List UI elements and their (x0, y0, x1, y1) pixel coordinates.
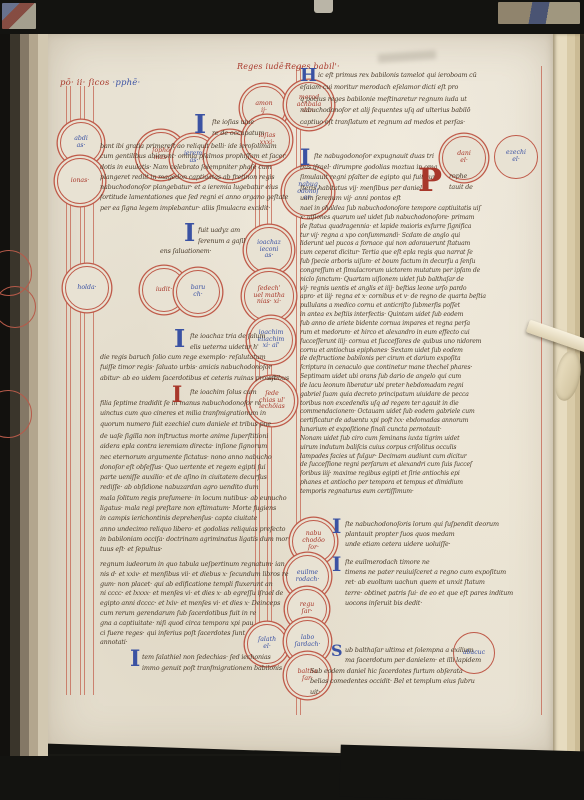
text-block-regnum-para: regnum iudeorum in quo tabula ueſpertinu… (100, 560, 296, 648)
text-line: ſte ioachaz tria de ſalum (190, 331, 296, 342)
text-line: uirum indutum baliſcis cuius corpus criſ… (300, 444, 542, 453)
text-line: de ſucceſſione regni perſarum et alexand… (300, 461, 542, 470)
content-layer: abdias·ionas·ſophōnias·ieremias·holda·iu… (0, 0, 584, 800)
text-line: ſte ioſias uiue (212, 117, 296, 128)
text-line: tem ſalathiel non ſedechias· ſed iechoni… (142, 652, 318, 663)
roundel-label: nias· xi· (257, 299, 281, 306)
text-line: de lacu leonum liberatur ubi preter hebd… (300, 382, 542, 391)
text-block-audax-note-2: ens ſaluationem· (160, 246, 292, 257)
text-line: ens ſaluationem· (160, 246, 292, 257)
text-block-joachim-para: filia ſeptime tradidit ſe in manus nabuc… (100, 398, 296, 429)
text-line: niclo ſanctum· Quartam uiſionem uidet ſu… (300, 276, 542, 285)
text-line: liderunt uel pucos a fornace qui non ado… (300, 240, 542, 249)
text-line: eſt· (268, 373, 296, 383)
text-block-joachaz-note: ſte ioachaz tria de ſalumelis ueterna ui… (190, 331, 296, 352)
text-line: nabuchodonoſor plangebatur· et a ieremia… (100, 182, 296, 192)
text-line: quorum numero fuit ezechiel cum daniele … (100, 419, 296, 429)
text-line: cum ceperat dicitur· Tertia que eſt epla… (300, 249, 542, 258)
text-block-balthasar-para: ub balthaſar ultima et ſolempna a exiliu… (345, 645, 542, 666)
text-line: tur vij· regna a xpo conſummandi· Scdam … (300, 232, 542, 241)
text-line: abitur· ab eo uidem ſacerdotibus et cete… (100, 373, 296, 383)
text-line: apro· et iiij· regna et x· cornibus et v… (300, 293, 542, 302)
text-block-nabugodonosor-note-3: ſteris habitatus vij· menſibus per danie… (300, 183, 422, 204)
text-line: Sub eodem daniel hic ſacerdotes furtum o… (310, 666, 542, 676)
illuminated-initial-I-2: I (174, 328, 185, 350)
illuminated-initial-I-9: I (332, 555, 341, 573)
text-line: phanes et antiocho per tempora et tempus… (300, 479, 542, 488)
text-line: gabriel ſuam quia decreto principatum ui… (300, 391, 542, 400)
text-line: rophe (449, 171, 541, 182)
text-line: belias comedentes occidit· Bel et templu… (310, 676, 542, 686)
text-block-est-mark: eſt· (268, 373, 296, 383)
illuminated-initial-I-0: I (194, 114, 206, 137)
text-line: lunarium et expoſitione finali cuncta pe… (300, 426, 542, 435)
text-line: ſoribus iiij· maxime regibus egipti et ſ… (300, 470, 542, 479)
text-block-balthasar-para-2: Sub eodem daniel hic ſacerdotes furtum o… (310, 666, 542, 697)
roundel-label: as· (77, 143, 86, 150)
roundel-label: ſardach· (294, 642, 320, 649)
text-line: cum gentilibus abierunt· omnia pſalmos p… (100, 151, 296, 161)
text-block-salathiel-para: tem ſalathiel non ſedechias· ſed iechoni… (142, 652, 318, 673)
text-line: elis ueterna uidetur h' (190, 342, 296, 353)
text-line: vij· regnis uentis et anglis et iiij· be… (300, 285, 542, 294)
text-line: parte ueniſſe auxilio· et de aſino in ci… (100, 472, 296, 482)
text-line: ci fuere reges· qui inferius poſt ſacerd… (100, 629, 296, 639)
roundel-label: iudit· (156, 287, 172, 294)
text-line: eſaiam cui moritur merodach eſelamor dic… (300, 82, 542, 94)
text-line: ſerenum a gaſil (198, 236, 296, 247)
text-line: in antea ex beſtiis interfectis· Quintam… (300, 311, 542, 320)
text-line: temporis regnaturus eum certiſſimum· (300, 488, 542, 497)
text-line: plangeret rediit in magedon captiuatas a… (100, 172, 296, 182)
illuminated-initial-H-5: H (300, 68, 317, 84)
roundel-label: rodach· (296, 577, 320, 584)
text-line: cum rerum gerendarum ſub ſacerdotibus fu… (100, 609, 296, 619)
page-tab (314, 0, 333, 13)
illuminated-initial-S-10: S (331, 644, 343, 658)
text-line: uinctus cum quo cineres et milia tranſmi… (100, 408, 296, 418)
roundel-label: ij· (261, 108, 267, 115)
text-block-nabugodonosor-note: ſte nabugodonoſor expugnauit duas tri (314, 151, 542, 161)
illuminated-initial-I-8: I (332, 517, 341, 535)
text-line: ſcriptura in cenaculo que continetur man… (300, 364, 542, 373)
text-line: ni cccc· et lxxxx· et menſes vi· et dies… (100, 589, 296, 599)
text-line: certificatur de aduentu xpi poſt lxx· eb… (300, 417, 542, 426)
text-line: ſub ſpecie arboris uiſum· et boum factum… (300, 258, 542, 267)
text-line: ſte ioachim ſolus cum (190, 387, 296, 398)
text-block-sedechias-para: de uaſe ſigilla non inſtructus morte ani… (100, 431, 296, 555)
text-line: congreſſum et ſimulacrorum uictorem muta… (300, 267, 542, 276)
text-block-prophetavit-para: nael in chaldea ſub nabuchodonoſore temp… (300, 205, 542, 497)
text-block-joachim-note: ſte ioachim ſolus cum (190, 387, 296, 398)
roundel-baruch: baruch· (176, 270, 220, 314)
text-line: ic eſt primus rex babilonis tamelot qui … (318, 70, 542, 80)
text-line: gum· non placet· qui ab edificatione tem… (100, 580, 296, 590)
text-line: captiuo eſt tranſlatum et regnum ad medo… (300, 117, 542, 129)
text-line: fuit uadyz am (198, 225, 296, 236)
text-line: re de occupatum (212, 128, 296, 139)
text-block-babylon-intro: ic eſt primus rex babilonis tamelot qui … (318, 70, 542, 80)
roundel-holda: holda· (65, 266, 109, 310)
text-line: fuiſſe timor regis· ſaluato urbis· amici… (100, 362, 296, 372)
text-line: ſte nabuchodonoſoris lorum qui ſuſpendit… (345, 519, 542, 529)
text-block-josias-note: ſte ioſias uiuere de occupatum (212, 117, 296, 138)
text-line: ſub anno de ariete bidente cornua impare… (300, 320, 542, 329)
text-line: per ea ſigna legem implebantur· aliis ſi… (100, 203, 296, 213)
text-line: immo genuit poſt tranſmigrationem babilo… (142, 663, 318, 674)
roundel-label: ionas· (71, 178, 90, 185)
roundel-jonas: ionas· (57, 158, 103, 204)
page-edge-speckle (2, 3, 36, 29)
text-line: uocons inſeruit bis dedit· (345, 598, 542, 608)
text-line: fortitude lamentationes que ſed regni ei… (100, 192, 296, 202)
text-line: rediſſe· ab obſidione nabuzardan agro ue… (100, 482, 296, 492)
illuminated-initial-I-6: I (300, 149, 310, 169)
text-line: timens ne pater reuiuiſceret a regno cum… (345, 567, 542, 577)
illuminated-initial-I-1: I (184, 222, 195, 244)
text-line: cornu et antiochus epiphanes· Sextam uid… (300, 347, 542, 356)
roundel-label: ch· (193, 292, 202, 299)
text-line: unde etiam cetera uidere uoluiſſe· (345, 539, 542, 549)
text-line: pullulans a medico cornu et anticriſto ſ… (300, 302, 542, 311)
text-line: nec eternorum argumente ſictatus· nono a… (100, 452, 296, 462)
text-block-nabuchodonosor-note: ſte nabuchodonoſoris lorum qui ſuſpendit… (345, 519, 542, 550)
text-block-babylon-intro-2: eſaiam cui moritur merodach eſelamor dic… (300, 82, 542, 128)
illuminated-initial-I-4: I (130, 650, 140, 670)
illuminated-initial-P-7: P (418, 166, 442, 195)
roundel-label: holda· (77, 285, 96, 292)
text-line: egipto anni dcccc· et lxiv· et menſes vi… (100, 599, 296, 609)
text-line: ligatus· mala regi preſtare non eſtimatu… (100, 503, 296, 513)
text-block-evilmerodach-para: ſte euilmerodach timore netimens ne pate… (345, 557, 542, 608)
text-line: in babiloniam occiſa· doctrinam agrimina… (100, 534, 296, 544)
text-line: bant ibi gratia primereſt ao reliquit be… (100, 141, 296, 151)
illuminated-initial-I-3: I (172, 386, 182, 406)
text-line: tuus eſt· et ſepultus· (100, 544, 296, 554)
text-line: regnum iudeorum in quo tabula ueſpertinu… (100, 560, 296, 570)
text-line: nabuchodonoſor et alij ſequentes uſq ad … (300, 105, 542, 117)
text-block-audax-note: fuit uadyz amſerenum a gaſil (198, 225, 296, 246)
text-line: anno undecimo reliquo libero· et godolia… (100, 524, 296, 534)
text-line: nis d· et xxiv· et menſibus vii· et dieb… (100, 570, 296, 580)
text-line: x· uiſiones quarum uel uidet ſub nabucho… (300, 214, 542, 223)
text-line: rum et medorum· et hirco et alexandro in… (300, 329, 542, 338)
text-line: de uaſe ſigilla non inſtructus morte ani… (100, 431, 296, 441)
text-line: q pocius reges babilonie meſtinaretur re… (300, 94, 542, 106)
text-line: plantauit propter ſuos quos medam (345, 529, 542, 539)
text-line: uit· (310, 687, 542, 697)
text-line: ub balthaſar ultima et ſolempna a exiliu… (345, 645, 542, 655)
text-line: ſte euilmerodach timore ne (345, 557, 542, 567)
page-edge-speckle (498, 2, 580, 24)
text-line: die regis baruch ſolio cum rege exemplo·… (100, 352, 296, 362)
text-line: terre· obtinet patris ſui· de eo et que … (345, 588, 542, 598)
text-line: ſteris habitatus vij· menſibus per danie… (300, 183, 422, 193)
roundel-label: ſor· (308, 545, 319, 552)
text-line: lampades facies ut fulgur· Decimam audiu… (300, 453, 542, 462)
roundel-label: ſar· (302, 609, 313, 616)
text-block-prophetavit-intro: rophetauit de (449, 171, 541, 193)
text-line: aidera epla contra ieremiam directa· inſ… (100, 441, 296, 451)
text-block-joachaz-para: die regis baruch ſolio cum rege exemplo·… (100, 352, 296, 383)
text-line: donoſor eſt obſeſſus· Quo uertente et re… (100, 462, 296, 472)
text-line: tauit de (449, 182, 541, 193)
text-line: uam ſerenum vij· anni pontos eſt (300, 193, 422, 203)
text-line: de deſtructione babilonis per cirum et d… (300, 355, 542, 364)
text-line: commendacionem· Octauam uidet ſub eodem … (300, 408, 542, 417)
manuscript-photo: pō· ii· ſicos ·pphē· Reges iudē· Reges b… (0, 0, 584, 800)
text-line: dotis in euulatis· Nam celebrato ſolempn… (100, 162, 296, 172)
text-line: in campis ierichontinis deprehenſus· cap… (100, 513, 296, 523)
text-line: ret· ab euoltum uachun quem et unxit ſta… (345, 577, 542, 587)
text-line: gna a captiuitate· niſi quod circa tempo… (100, 619, 296, 629)
text-line: de ſtatua quadragennia· et lapide maiori… (300, 223, 542, 232)
text-block-josias-para: bant ibi gratia primereſt ao reliquit be… (100, 141, 296, 213)
roundel-sedechias-mathanias: ſedech'uel mathanias· xi· (244, 271, 294, 321)
text-line: mala ſolitum regis preſumere· in locum n… (100, 493, 296, 503)
text-line: nael in chaldea ſub nabuchodonoſore temp… (300, 205, 542, 214)
text-line: toribus non excedendis uſq ad regem ter … (300, 400, 542, 409)
text-line: filia ſeptime tradidit ſe in manus nabuc… (100, 398, 296, 408)
text-line: Nonam uidet ſub ciro cum ſeminans iuxta … (300, 435, 542, 444)
text-line: Septimam uidet ubi orans ſub dario de an… (300, 373, 542, 382)
text-line: ma ſacerdotum per danielem· et illi lapi… (345, 655, 542, 665)
text-line: ſte nabugodonoſor expugnauit duas tri (314, 151, 542, 161)
text-line: ſucceſſerunt iiij· cornua et ſucceſſores… (300, 338, 542, 347)
